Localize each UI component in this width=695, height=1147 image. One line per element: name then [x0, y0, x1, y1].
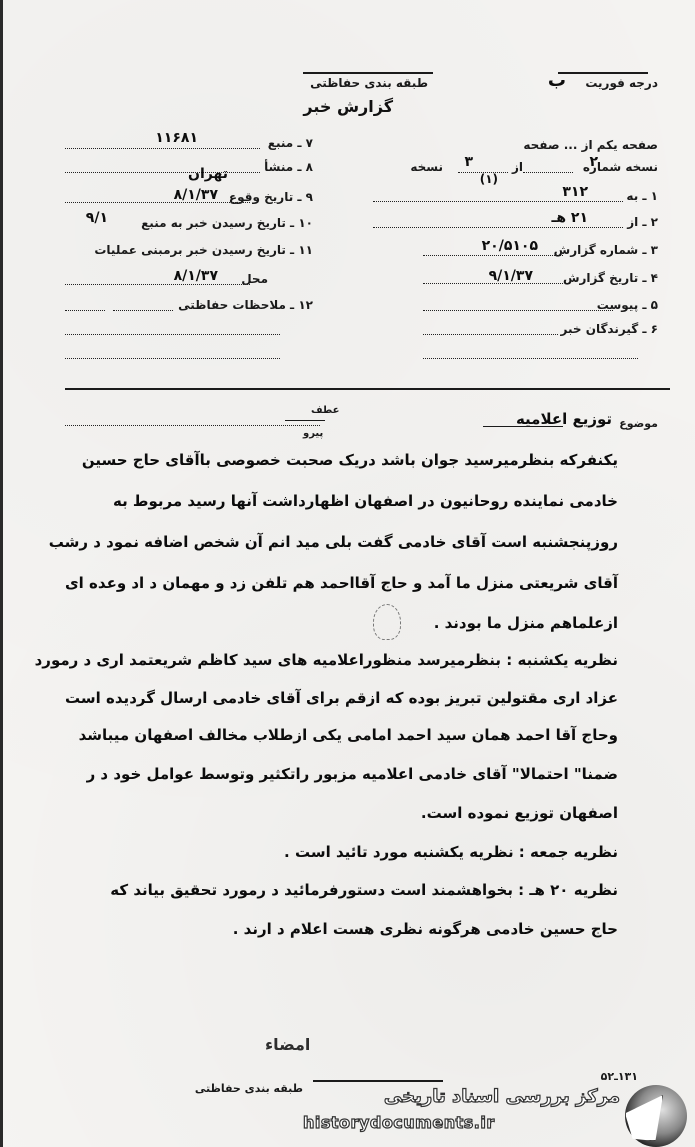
document-code: ۱۳۱ـ۵۲: [601, 1070, 638, 1083]
field-origin-value: تهران: [188, 166, 228, 182]
priority-rule: [558, 72, 648, 74]
field-from-line: [373, 227, 623, 228]
field-to-line: [373, 201, 623, 202]
subject-underline: [483, 426, 563, 427]
field-event-date-line: [65, 202, 250, 203]
body-line: نظریه یکشنبه : بنظرمیرسد منظوراعلامیه ها…: [35, 651, 618, 669]
body-line: اصفهان توزیع نموده است.: [421, 804, 618, 822]
field-security-notes-line-b: [113, 310, 173, 311]
field-recipients-line-2: [423, 358, 638, 359]
reference-bottom-label: پیرو: [303, 428, 323, 439]
copy-total-value: ۳: [464, 154, 473, 170]
field-source-value: ۱۱۶۸۱: [155, 130, 198, 146]
field-report-number-value: ۲۰/۵۱۰۵: [482, 238, 538, 254]
priority-label: درجه فوریت: [585, 76, 658, 90]
field-to-value: ۳۱۲: [562, 184, 588, 200]
copy-suffix-label: نسخه: [410, 160, 443, 174]
footer-classification-rule: [313, 1080, 443, 1082]
field-report-date-label: ۴ ـ تاریخ گزارش: [563, 271, 658, 285]
field-place-value: ۸/۱/۳۷: [174, 268, 218, 284]
body-line: روزپنجشنبه است آقای خادمی گفت بلی مید ان…: [49, 533, 618, 551]
body-line: خادمی نماینده روحانیون در اصفهان اظهاردا…: [113, 492, 618, 510]
field-from-label: ۲ ـ از: [627, 215, 658, 229]
field-security-notes-line-3: [65, 358, 280, 359]
faint-stamp-mark: [373, 604, 401, 640]
field-recipients-label: ۶ ـ گیرندگان خبر: [561, 322, 658, 336]
page-count-line: صفحه یکم از ... صفحه: [523, 138, 658, 152]
reference-top-label: عطف: [311, 405, 339, 416]
field-security-notes-line-2: [65, 334, 280, 335]
field-place-line: [65, 284, 250, 285]
body-line: آقای شریعتی منزل ما آمد و حاج آقااحمد هم…: [65, 574, 618, 592]
field-source-label: ۷ ـ منبع: [268, 136, 313, 150]
copy-handnote: (۱): [480, 172, 498, 186]
body-line: نظریه ۲۰ هـ : بخواهشمند است دستورفرمائید…: [110, 881, 618, 899]
body-line: ازعلماهم منزل ما بودند .: [434, 614, 618, 632]
reference-fraction-bar: [285, 420, 325, 421]
copy-number-value: ۲: [589, 154, 598, 170]
body-line: نظریه جمعه : نظریه یکشنبه مورد تائید است…: [284, 843, 618, 861]
field-attachment-line: [423, 310, 613, 311]
field-report-date-value: ۹/۱/۳۷: [489, 268, 533, 284]
field-recipients-line: [423, 334, 558, 335]
subject-label: موضوع: [619, 417, 658, 430]
field-origin-line: [65, 172, 260, 173]
form-title: گزارش خبر: [303, 97, 393, 116]
field-report-number-label: ۳ ـ شماره گزارش: [554, 243, 658, 257]
signature: امضاء: [265, 1035, 310, 1054]
field-source-line: [65, 148, 260, 149]
body-line: وحاج آقا احمد همان سید احمد امامی یکی از…: [79, 726, 618, 744]
body-line: حاج حسین خادمی هرگونه نظری هست اعلام د ا…: [233, 920, 618, 938]
field-source-receipt-date-value: ۹/۱: [86, 210, 108, 226]
reference-line: [65, 425, 320, 426]
field-security-notes-line: [65, 310, 105, 311]
document-page: درجه فوریت ب طبقه بندی حفاظتی گزارش خبر …: [0, 0, 695, 1147]
body-line: عزاد اری مقتولین تبریز بوده که ازقم برای…: [65, 689, 618, 707]
section-divider: [65, 388, 670, 390]
copy-number-dots: [523, 172, 573, 173]
copy-of-label: از: [512, 160, 523, 174]
body-line: یکنفرکه بنظرمیرسید جوان باشد دریک صحبت خ…: [82, 451, 618, 469]
priority-value: ب: [548, 70, 566, 91]
field-event-date-value: ۸/۱/۳۷: [174, 187, 218, 203]
body-line: ضمنا" احتمالا" آقای خادمی اعلامیه مزبور …: [87, 765, 618, 783]
field-source-receipt-date-label: ۱۰ ـ تاریخ رسیدن خبر به منبع: [141, 216, 313, 230]
field-to-label: ۱ ـ به: [626, 189, 658, 203]
watermark-site[interactable]: historydocuments.ir: [303, 1113, 495, 1132]
footer-classification-label: طبقه بندی حفاظتی: [195, 1082, 303, 1095]
field-origin-label: ۸ ـ منشأ: [264, 160, 313, 174]
classification-rule: [303, 72, 433, 74]
classification-label: طبقه بندی حفاظتی: [310, 76, 428, 90]
field-from-value: ۲۱ هـ: [552, 210, 588, 226]
field-security-notes-label: ۱۲ ـ ملاحظات حفاظتی: [178, 298, 313, 312]
field-report-number-line: [423, 255, 563, 256]
field-ops-receipt-date-label: ۱۱ ـ تاریخ رسیدن خبر برمبنی عملیات: [94, 243, 313, 257]
watermark-org-name: مرکز بررسی اسناد تاریخی: [384, 1086, 620, 1107]
